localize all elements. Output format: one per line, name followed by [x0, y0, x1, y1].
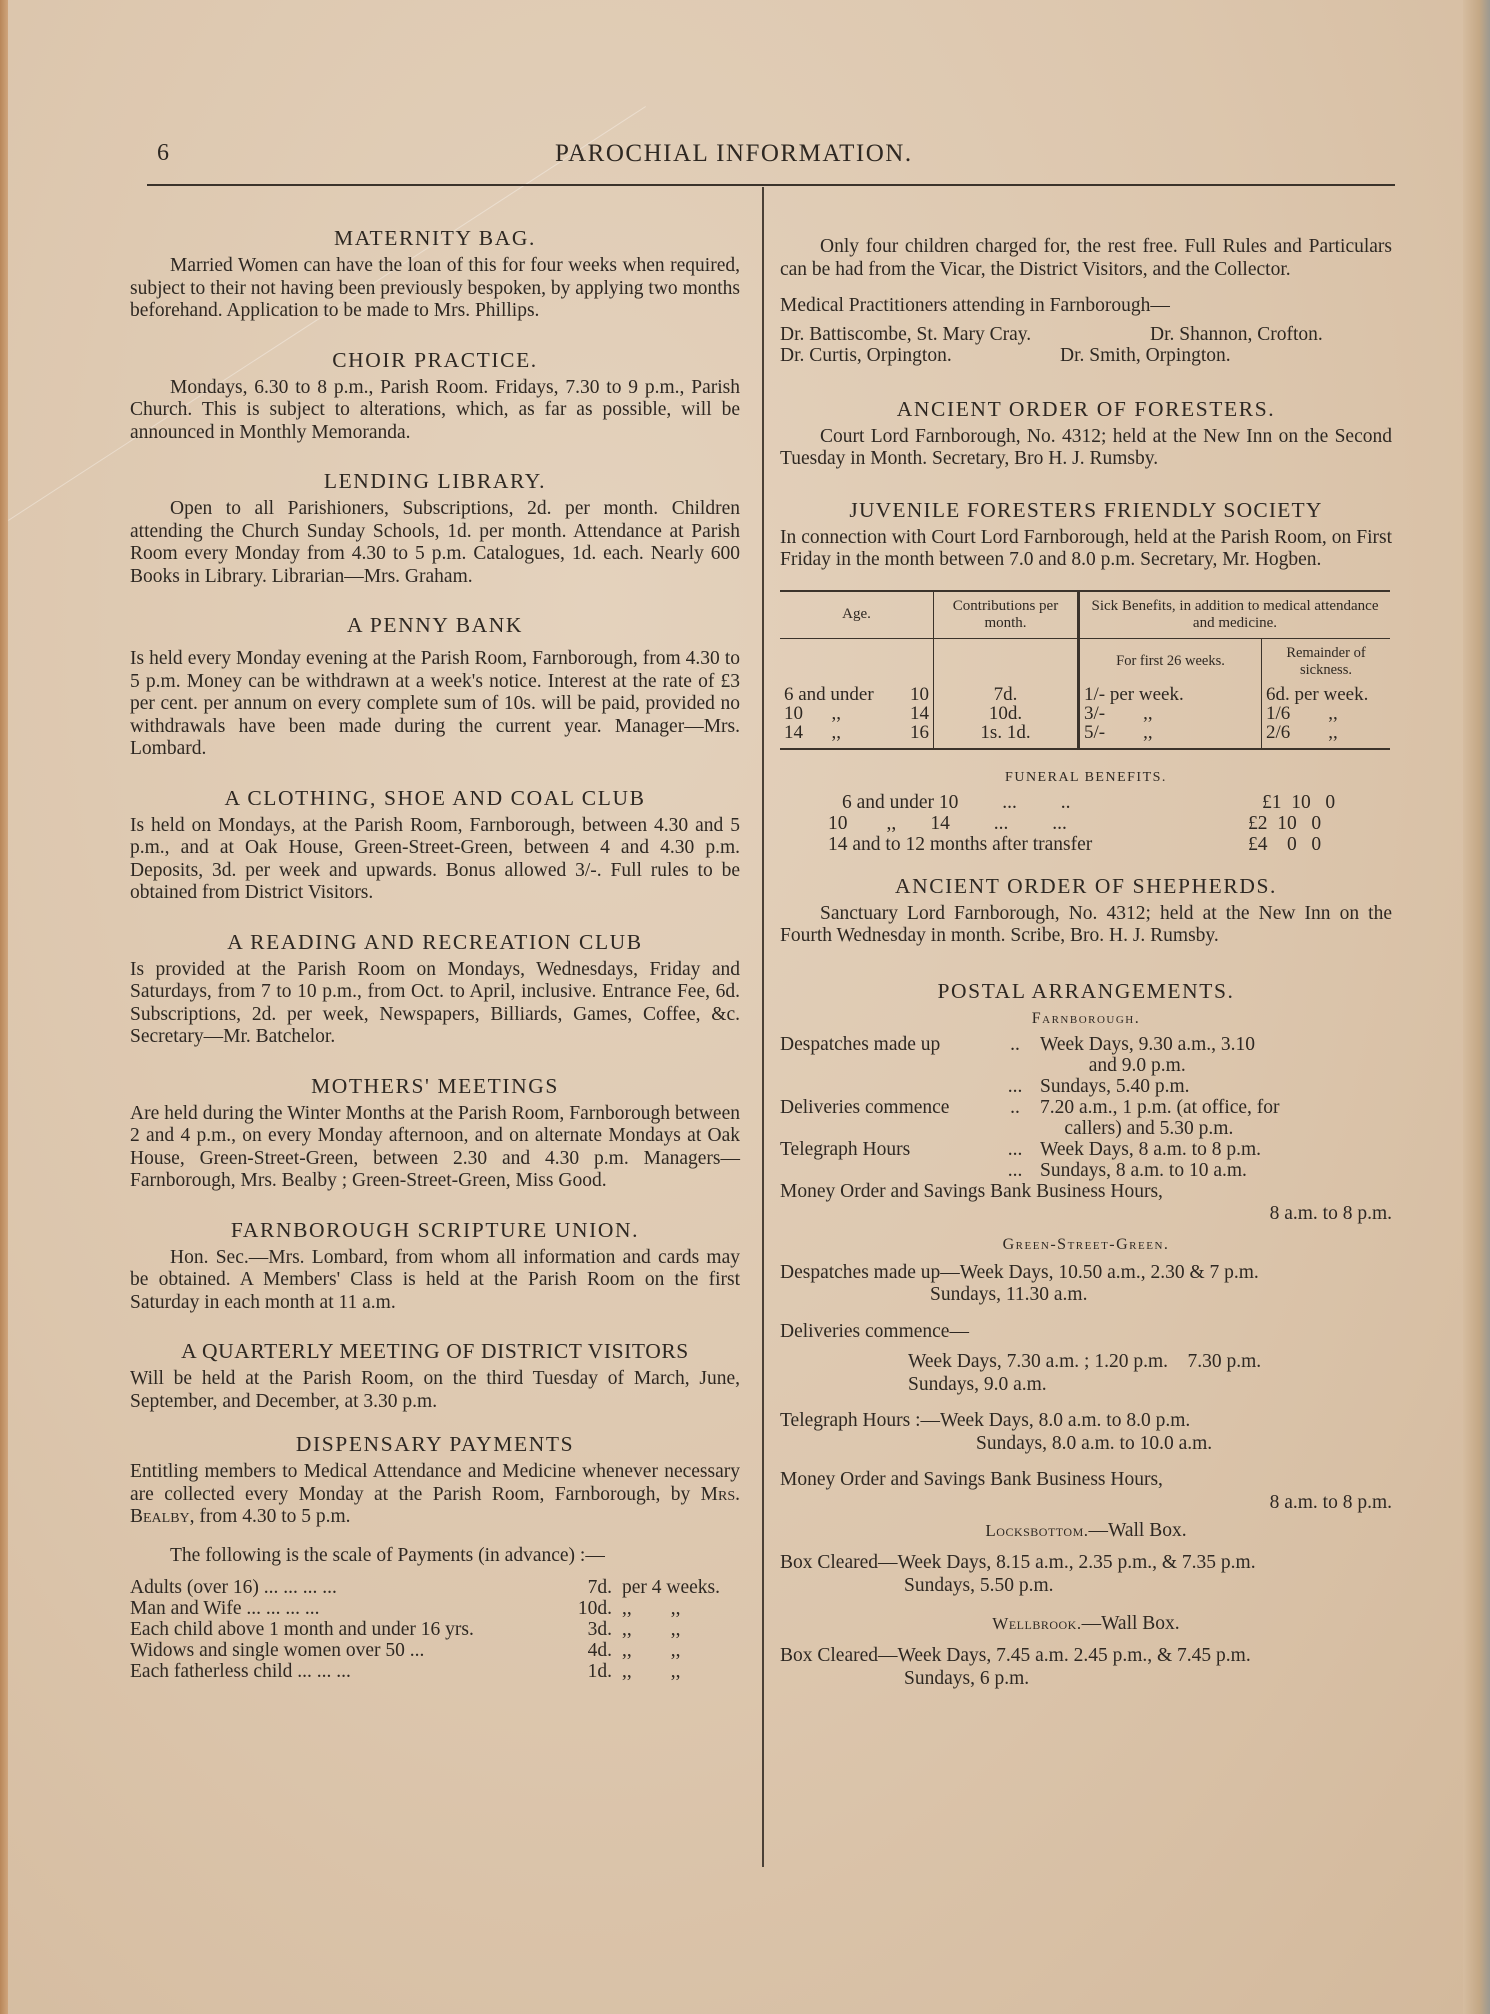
scale-amount: 10d. [563, 1598, 612, 1619]
doctor-name: Dr. Battiscombe, St. Mary Cray. [780, 324, 1150, 345]
leader-dots: ... [990, 1160, 1040, 1181]
leader-dots [990, 1118, 1040, 1139]
postal-value: Sundays, 8 a.m. to 10 a.m. [1040, 1160, 1392, 1181]
locksbottom-place: Locksbottom. [985, 1521, 1088, 1540]
postal-row: Despatches made up..Week Days, 9.30 a.m.… [780, 1034, 1392, 1055]
section-juvenile-foresters: JUVENILE FORESTERS FRIENDLY SOCIETY In c… [780, 497, 1392, 855]
age-from: 10 ,, [784, 704, 841, 723]
scale-amount: 1d. [563, 1661, 612, 1682]
practitioners-intro: Medical Practitioners attending in Farnb… [780, 295, 1392, 318]
section-heading: POSTAL ARRANGEMENTS. [780, 978, 1392, 1004]
scale-row: Each fatherless child ... ... ... 1d. ,,… [130, 1661, 740, 1682]
section-text: Entitling members to Medical Attendance … [130, 1461, 740, 1529]
age-cell: 14 ,,16 [780, 723, 934, 749]
scale-period: ,, ,, [612, 1640, 740, 1661]
postal-value: Week Days, 8 a.m. to 8 p.m. [1040, 1139, 1392, 1160]
section-clothing-club: A CLOTHING, SHOE AND COAL CLUB Is held o… [130, 785, 740, 905]
section-dispensary-payments: DISPENSARY PAYMENTS Entitling members to… [130, 1431, 740, 1682]
gsg-despatches: Despatches made up—Week Days, 10.50 a.m.… [780, 1262, 1392, 1285]
scale-label: Widows and single women over 50 ... [130, 1640, 563, 1661]
section-dispensary-continued: Only four children charged for, the rest… [780, 236, 1392, 281]
section-heading: ANCIENT ORDER OF SHEPHERDS. [780, 873, 1392, 899]
scale-period: per 4 weeks. [612, 1577, 740, 1598]
section-text: Hon. Sec.—Mrs. Lombard, from whom all in… [130, 1247, 740, 1315]
scale-amount: 7d. [563, 1577, 612, 1598]
wellbrook-place: Wellbrook. [992, 1614, 1081, 1633]
section-medical-practitioners: Medical Practitioners attending in Farnb… [780, 295, 1392, 366]
section-heading: CHOIR PRACTICE. [130, 347, 740, 373]
section-text: Is provided at the Parish Room on Monday… [130, 959, 740, 1049]
first-26-cell: 3/- ,, [1079, 704, 1262, 723]
postal-row: ...Sundays, 8 a.m. to 10 a.m. [780, 1160, 1392, 1181]
section-text: Will be held at the Parish Room, on the … [130, 1368, 740, 1413]
scale-period: ,, ,, [612, 1619, 740, 1640]
gsg-money-order-hours: 8 a.m. to 8 p.m. [780, 1492, 1392, 1515]
scale-label: Adults (over 16) ... ... ... ... [130, 1577, 563, 1598]
postal-row: and 9.0 p.m. [780, 1055, 1392, 1076]
locksbottom-heading: Locksbottom.—Wall Box. [780, 1520, 1392, 1542]
section-text: Court Lord Farnborough, No. 4312; held a… [780, 426, 1392, 471]
section-choir-practice: CHOIR PRACTICE. Mondays, 6.30 to 8 p.m.,… [130, 347, 740, 445]
doctor-name: Dr. Curtis, Orpington. [780, 345, 1060, 366]
locksbottom-box: —Wall Box. [1089, 1520, 1187, 1541]
locksbottom-cleared: Box Cleared—Week Days, 8.15 a.m., 2.35 p… [780, 1552, 1392, 1575]
funeral-amount: £1 10 0 [1262, 792, 1382, 813]
age-from: 14 ,, [784, 723, 841, 742]
doctor-name: Dr. Shannon, Crofton. [1150, 324, 1323, 345]
age-cell: 6 and under10 [780, 685, 934, 704]
scale-row: Each child above 1 month and under 16 yr… [130, 1619, 740, 1640]
doctor-row: Dr. Curtis, Orpington. Dr. Smith, Orping… [780, 345, 1392, 366]
page-title: PAROCHIAL INFORMATION. [555, 140, 913, 168]
col-header-age: Age. [780, 591, 934, 639]
funeral-benefits-heading: FUNERAL BENEFITS. [780, 770, 1392, 786]
age-to: 10 [910, 685, 929, 704]
remainder-cell: 6d. per week. [1262, 685, 1391, 704]
leader-dots: .. [990, 1097, 1040, 1118]
scale-label: Each fatherless child ... ... ... [130, 1661, 563, 1682]
age-cell: 10 ,,14 [780, 704, 934, 723]
leader-dots: ... [990, 1076, 1040, 1097]
postal-value: Sundays, 5.40 p.m. [1040, 1076, 1392, 1097]
wellbrook-heading: Wellbrook.—Wall Box. [780, 1613, 1392, 1635]
funeral-amount: £2 10 0 [1248, 813, 1368, 834]
dispensary-text-before: Entitling members to Medical Attendance … [130, 1461, 740, 1505]
section-foresters: ANCIENT ORDER OF FORESTERS. Court Lord F… [780, 396, 1392, 471]
gsg-deliveries-week: Week Days, 7.30 a.m. ; 1.20 p.m. 7.30 p.… [780, 1351, 1392, 1374]
table-row: 14 ,,16 1s. 1d. 5/- ,, 2/6 ,, [780, 723, 1390, 749]
funeral-row: 10 ,, 14 ... ... £2 10 0 [780, 813, 1392, 834]
section-text: Married Women can have the loan of this … [130, 255, 740, 323]
section-scripture-union: FARNBOROUGH SCRIPTURE UNION. Hon. Sec.—M… [130, 1217, 740, 1315]
col-header-remainder: Remainder of sickness. [1262, 638, 1391, 685]
funeral-amount: £4 0 0 [1248, 834, 1368, 855]
col-header-first-26: For first 26 weeks. [1079, 638, 1262, 685]
section-heading: LENDING LIBRARY. [130, 468, 740, 494]
section-postal: POSTAL ARRANGEMENTS. Farnborough. Despat… [780, 978, 1392, 1691]
farnborough-times: Despatches made up..Week Days, 9.30 a.m.… [780, 1034, 1392, 1226]
col-header-contributions: Contributions per month. [934, 591, 1079, 639]
gsg-deliveries-sundays: Sundays, 9.0 a.m. [780, 1374, 1392, 1397]
scale-period: ,, ,, [612, 1661, 740, 1682]
leader-dots [990, 1055, 1040, 1076]
money-order-hours: 8 a.m. to 8 p.m. [780, 1203, 1392, 1226]
col-header-sick-benefits: Sick Benefits, in addition to medical at… [1079, 591, 1391, 639]
section-heading: JUVENILE FORESTERS FRIENDLY SOCIETY [780, 497, 1392, 523]
gsg-deliveries: Deliveries commence— [780, 1321, 1392, 1344]
scale-row: Widows and single women over 50 ... 4d. … [130, 1640, 740, 1661]
section-heading: DISPENSARY PAYMENTS [130, 1431, 740, 1457]
postal-key [780, 1076, 990, 1097]
scale-amount: 3d. [563, 1619, 612, 1640]
page-number: 6 [157, 140, 169, 167]
dispensary-text-after: , from 4.30 to 5 p.m. [190, 1506, 351, 1527]
postal-row: callers) and 5.30 p.m. [780, 1118, 1392, 1139]
section-text: Is held on Mondays, at the Parish Room, … [130, 815, 740, 905]
table-spacer [934, 638, 1079, 685]
contribution-cell: 7d. [934, 685, 1079, 704]
first-26-cell: 1/- per week. [1079, 685, 1262, 704]
benefits-table: Age. Contributions per month. Sick Benef… [780, 590, 1390, 750]
postal-row: ...Sundays, 5.40 p.m. [780, 1076, 1392, 1097]
scale-amount: 4d. [563, 1640, 612, 1661]
table-row: 10 ,,14 10d. 3/- ,, 1/6 ,, [780, 704, 1390, 723]
section-text: Is held every Monday evening at the Pari… [130, 648, 740, 761]
farnborough-heading: Farnborough. [780, 1010, 1392, 1028]
postal-key [780, 1160, 990, 1181]
section-reading-club: A READING AND RECREATION CLUB Is provide… [130, 929, 740, 1049]
postal-key [780, 1055, 990, 1076]
page-edge-left [0, 0, 8, 2014]
funeral-row: 6 and under 10 ... .. £1 10 0 [780, 792, 1392, 813]
wellbrook-cleared: Box Cleared—Week Days, 7.45 a.m. 2.45 p.… [780, 1645, 1392, 1668]
scale-row: Man and Wife ... ... ... ... 10d. ,, ,, [130, 1598, 740, 1619]
remainder-cell: 1/6 ,, [1262, 704, 1391, 723]
section-heading: MOTHERS' MEETINGS [130, 1073, 740, 1099]
section-text: Are held during the Winter Months at the… [130, 1103, 740, 1193]
column-divider [762, 187, 764, 1867]
section-heading: FARNBOROUGH SCRIPTURE UNION. [130, 1217, 740, 1243]
postal-key: Despatches made up [780, 1034, 990, 1055]
funeral-age: 6 and under 10 ... .. [780, 792, 1262, 813]
postal-key [780, 1118, 990, 1139]
section-penny-bank: A PENNY BANK Is held every Monday evenin… [130, 612, 740, 761]
section-heading: A QUARTERLY MEETING OF DISTRICT VISITORS [130, 1338, 740, 1364]
leader-dots: .. [990, 1034, 1040, 1055]
remainder-cell: 2/6 ,, [1262, 723, 1391, 749]
age-from: 6 and under [784, 685, 874, 704]
section-shepherds: ANCIENT ORDER OF SHEPHERDS. Sanctuary Lo… [780, 873, 1392, 948]
section-text: Mondays, 6.30 to 8 p.m., Parish Room. Fr… [130, 377, 740, 445]
doctor-name: Dr. Smith, Orpington. [1060, 345, 1231, 366]
contribution-cell: 1s. 1d. [934, 723, 1079, 749]
postal-key: Deliveries commence [780, 1097, 990, 1118]
section-district-visitors: A QUARTERLY MEETING OF DISTRICT VISITORS… [130, 1338, 740, 1413]
gsg-telegraph-sundays: Sundays, 8.0 a.m. to 10.0 a.m. [780, 1433, 1392, 1456]
scale-label: Each child above 1 month and under 16 yr… [130, 1619, 563, 1640]
age-to: 16 [910, 723, 929, 742]
section-lending-library: LENDING LIBRARY. Open to all Parishioner… [130, 468, 740, 588]
postal-value: and 9.0 p.m. [1040, 1055, 1392, 1076]
running-head: 6 PAROCHIAL INFORMATION. [145, 140, 1395, 180]
gsg-money-order: Money Order and Savings Bank Business Ho… [780, 1469, 1392, 1492]
section-heading: A READING AND RECREATION CLUB [130, 929, 740, 955]
gsg-despatches-sundays: Sundays, 11.30 a.m. [780, 1284, 1392, 1307]
funeral-age: 10 ,, 14 ... ... [780, 813, 1248, 834]
wellbrook-sundays: Sundays, 6 p.m. [780, 1668, 1392, 1691]
section-maternity-bag: MATERNITY BAG. Married Women can have th… [130, 225, 740, 323]
section-heading: A CLOTHING, SHOE AND COAL CLUB [130, 785, 740, 811]
section-mothers-meetings: MOTHERS' MEETINGS Are held during the Wi… [130, 1073, 740, 1193]
doctor-row: Dr. Battiscombe, St. Mary Cray. Dr. Shan… [780, 324, 1392, 345]
section-heading: A PENNY BANK [130, 612, 740, 638]
money-order-label: Money Order and Savings Bank Business Ho… [780, 1181, 1392, 1204]
section-text: Only four children charged for, the rest… [780, 236, 1392, 281]
payment-scale: Adults (over 16) ... ... ... ... 7d. per… [130, 1577, 740, 1682]
table-spacer [780, 638, 934, 685]
funeral-benefits: 6 and under 10 ... .. £1 10 0 10 ,, 14 .… [780, 792, 1392, 855]
age-to: 14 [910, 704, 929, 723]
postal-value: callers) and 5.30 p.m. [1040, 1118, 1392, 1139]
locksbottom-sundays: Sundays, 5.50 p.m. [780, 1575, 1392, 1598]
first-26-cell: 5/- ,, [1079, 723, 1262, 749]
right-column: Only four children charged for, the rest… [780, 236, 1392, 1714]
scale-intro: The following is the scale of Payments (… [130, 1545, 740, 1568]
postal-row: Telegraph Hours...Week Days, 8 a.m. to 8… [780, 1139, 1392, 1160]
postal-row: Deliveries commence..7.20 a.m., 1 p.m. (… [780, 1097, 1392, 1118]
section-heading: MATERNITY BAG. [130, 225, 740, 251]
scale-label: Man and Wife ... ... ... ... [130, 1598, 563, 1619]
funeral-age: 14 and to 12 months after transfer [780, 834, 1248, 855]
scale-row: Adults (over 16) ... ... ... ... 7d. per… [130, 1577, 740, 1598]
postal-key: Telegraph Hours [780, 1139, 990, 1160]
section-text: Sanctuary Lord Farnborough, No. 4312; he… [780, 903, 1392, 948]
gsg-telegraph: Telegraph Hours :—Week Days, 8.0 a.m. to… [780, 1410, 1392, 1433]
section-text: Open to all Parishioners, Subscriptions,… [130, 498, 740, 588]
scale-period: ,, ,, [612, 1598, 740, 1619]
page-edge-right [1463, 0, 1490, 2014]
green-street-green-heading: Green-Street-Green. [780, 1236, 1392, 1254]
left-column: MATERNITY BAG. Married Women can have th… [130, 225, 740, 1706]
funeral-row: 14 and to 12 months after transfer £4 0 … [780, 834, 1392, 855]
wellbrook-box: —Wall Box. [1082, 1613, 1180, 1634]
header-rule [147, 184, 1395, 186]
postal-value: Week Days, 9.30 a.m., 3.10 [1040, 1034, 1392, 1055]
leader-dots: ... [990, 1139, 1040, 1160]
postal-value: 7.20 a.m., 1 p.m. (at office, for [1040, 1097, 1392, 1118]
green-street-green-times: Despatches made up—Week Days, 10.50 a.m.… [780, 1262, 1392, 1515]
table-row: 6 and under10 7d. 1/- per week. 6d. per … [780, 685, 1390, 704]
section-heading: ANCIENT ORDER OF FORESTERS. [780, 396, 1392, 422]
section-text: In connection with Court Lord Farnboroug… [780, 527, 1392, 572]
contribution-cell: 10d. [934, 704, 1079, 723]
